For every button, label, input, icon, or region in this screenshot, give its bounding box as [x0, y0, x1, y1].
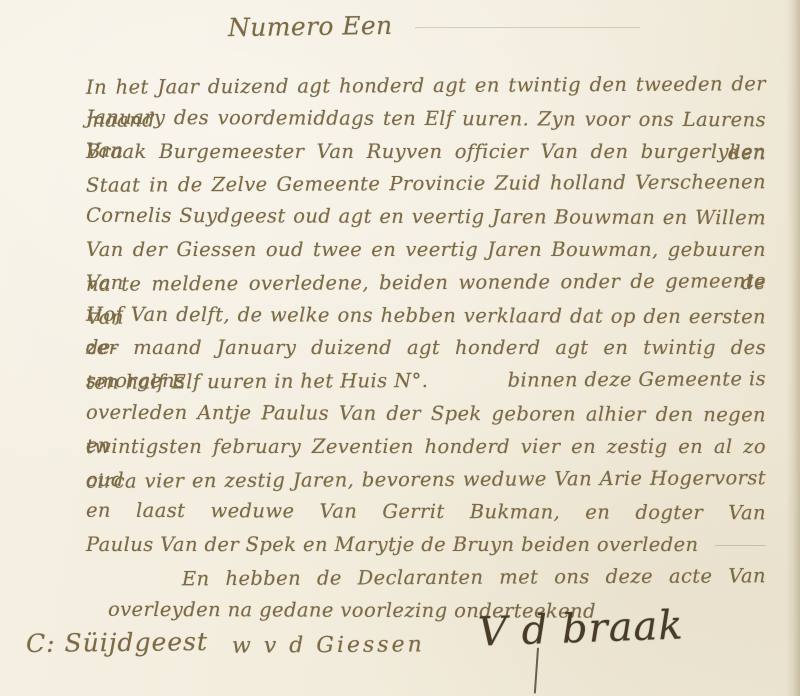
body-line: In het Jaar duizend agt honderd agt en t… — [86, 68, 766, 104]
body-line: en laast weduwe Van Gerrit Bukman, en do… — [86, 495, 766, 530]
body-line: Cornelis Suydgeest oud agt en veertig Ja… — [86, 200, 766, 235]
body-line: Staat in de Zelve Gemeente Provincie Zui… — [86, 167, 766, 203]
body-line-closing: En hebben de Declaranten met ons deze ac… — [86, 560, 766, 596]
body-line: circa vier en zestig Jaren, bevorens wed… — [86, 462, 766, 498]
title-row: Numero Een — [228, 12, 640, 41]
signature-declarant-giessen: w v d Giessen — [232, 632, 425, 658]
body-line: zer maand January duizend agt honderd ag… — [86, 332, 766, 365]
body-line: Van der Giessen oud twee en veertig Jare… — [86, 234, 766, 267]
body-line: overleden Antje Paulus Van der Spek gebo… — [86, 397, 766, 432]
signature-declarant-suijdgeest: C: Süijdgeest — [26, 627, 208, 658]
end-of-line-filler-rule — [715, 545, 766, 546]
body-line: January des voordemiddags ten Elf uuren.… — [86, 101, 766, 136]
page-title: Numero Een — [228, 11, 393, 42]
manuscript-page: Numero Een In het Jaar duizend agt honde… — [0, 0, 800, 696]
page-edge-shading — [786, 0, 800, 696]
document-body: In het Jaar duizend agt honderd agt en t… — [86, 70, 766, 628]
body-line-segment: ten half Elf uuren in het Huis N°. — [86, 365, 429, 400]
body-line-segment: Paulus Van der Spek en Marytje de Bruyn … — [86, 529, 699, 562]
body-line: na te meldene overledene, beiden wonende… — [86, 265, 766, 301]
body-line: twintigsten february Zeventien honderd v… — [86, 431, 766, 464]
body-line: Hof Van delft, de welke ons hebben verkl… — [86, 298, 766, 333]
body-line: Paulus Van der Spek en Marytje de Bruyn … — [86, 529, 766, 562]
signature-official-braak: V d braak — [477, 602, 684, 655]
body-line-segment: binnen deze Gemeente is — [507, 363, 766, 397]
title-filler-rule — [415, 27, 640, 28]
body-line-house-number: ten half Elf uuren in het Huis N°. binne… — [86, 363, 766, 399]
